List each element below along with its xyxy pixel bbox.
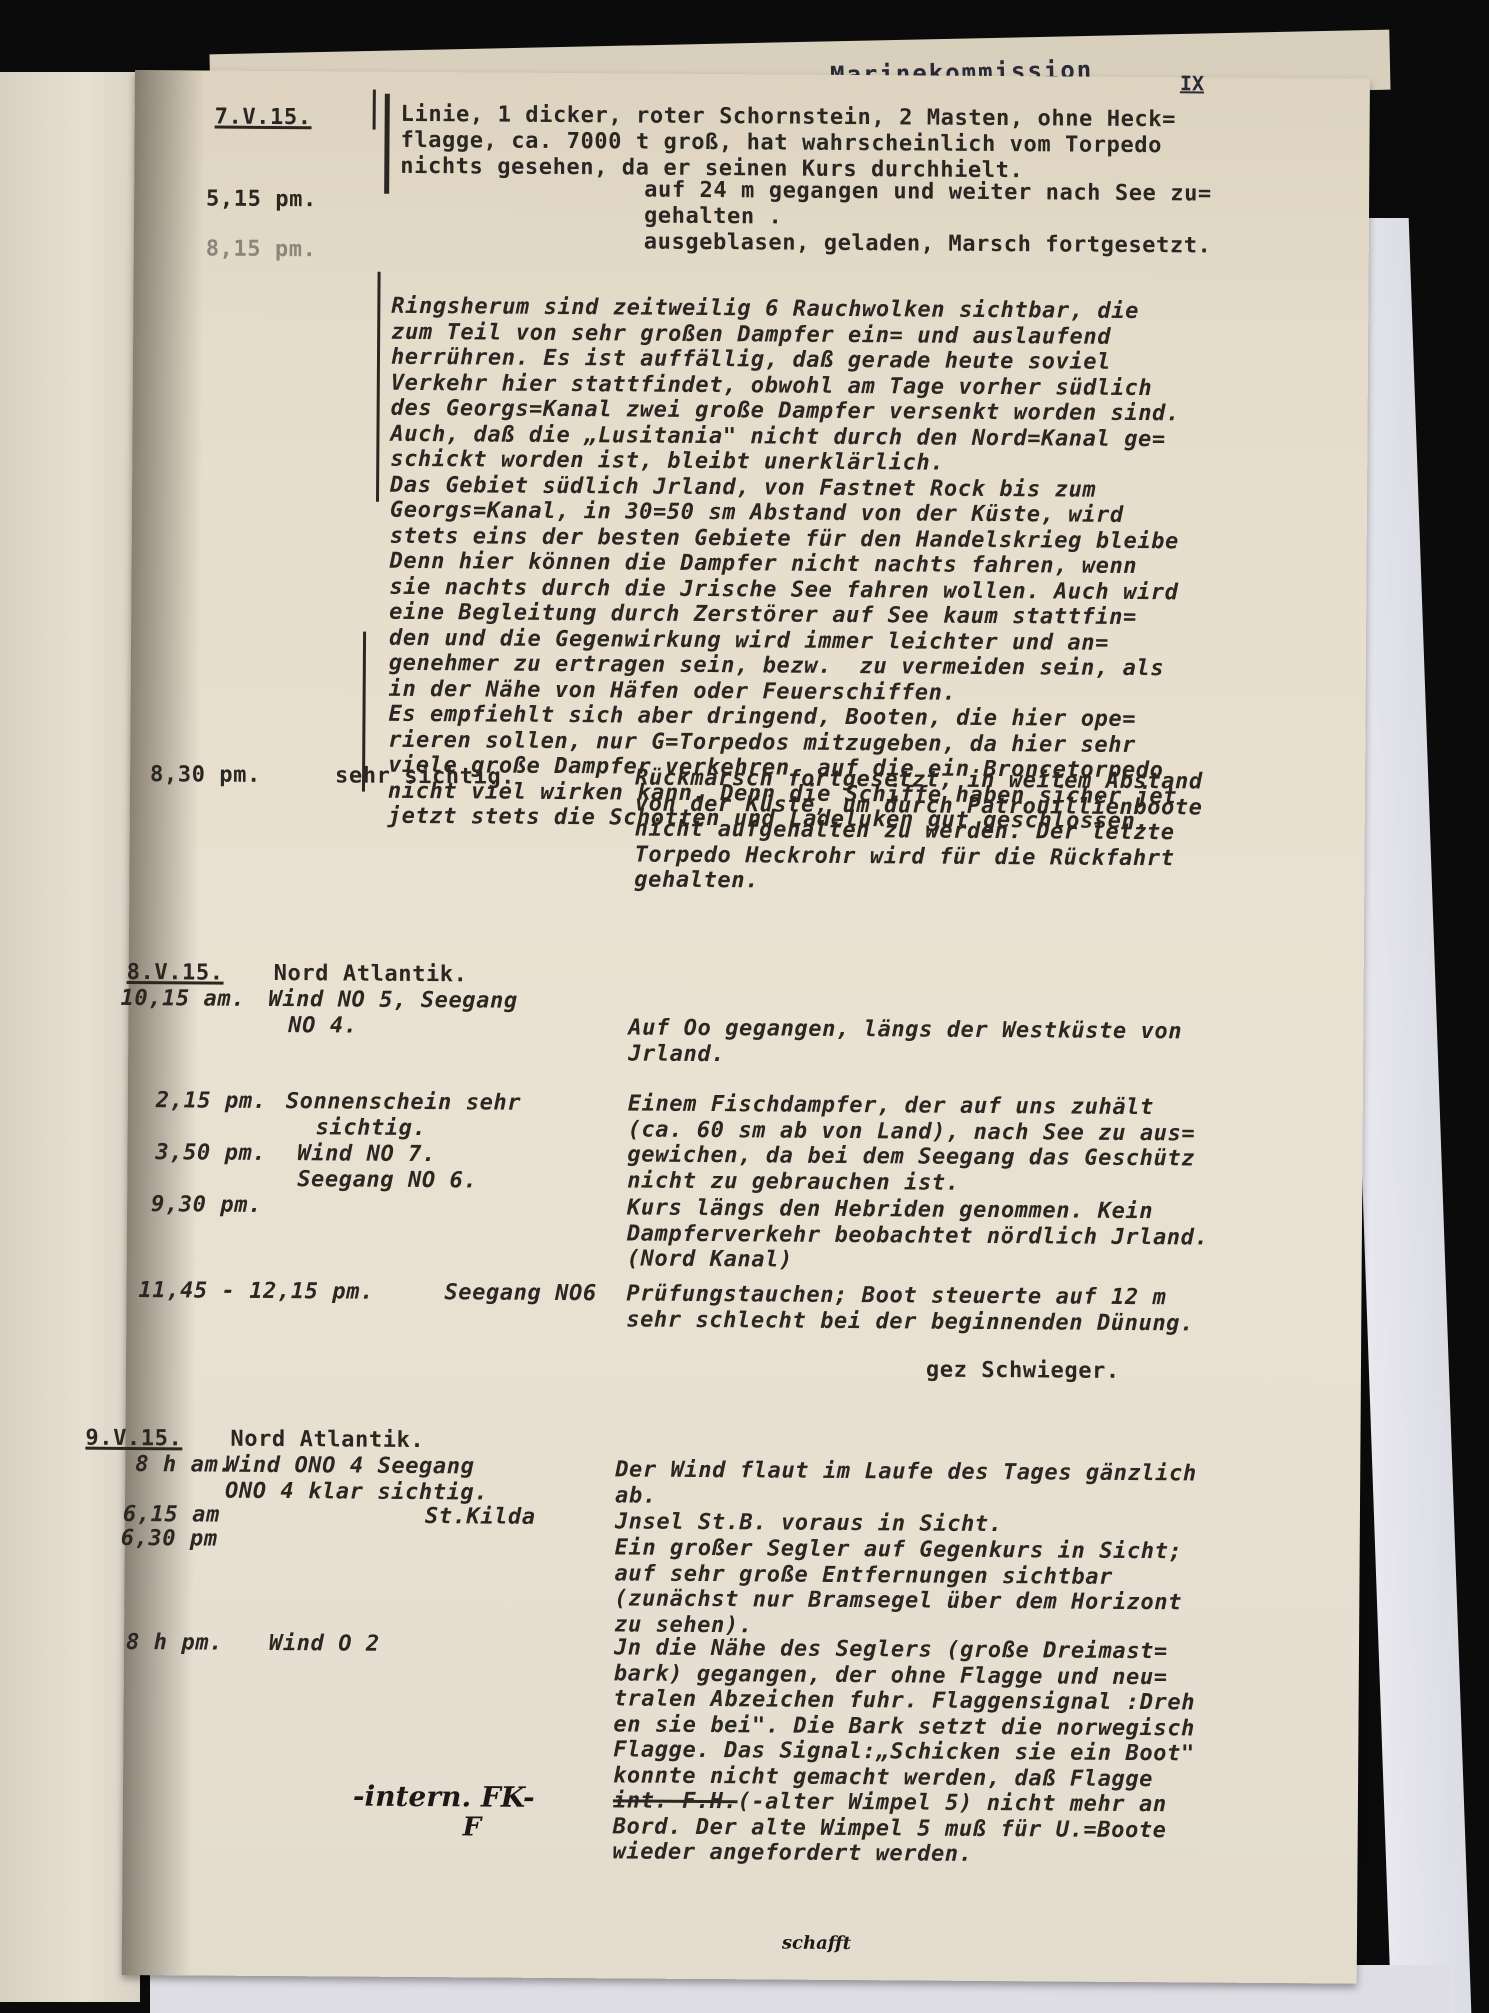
weather-label: Wind NO 7. bbox=[297, 1141, 436, 1167]
time-label: 8 h am. bbox=[135, 1452, 232, 1478]
handwritten-mark: F bbox=[463, 1812, 482, 1842]
log-text-line: gehalten . bbox=[644, 204, 783, 230]
log-text-line: auf sehr große Entfernungen sichtbar bbox=[614, 1561, 1113, 1590]
log-text-line: Jrland. bbox=[628, 1041, 725, 1067]
time-label: 10,15 am. bbox=[120, 986, 245, 1012]
weather-label: Wind O 2 bbox=[269, 1631, 380, 1657]
time-label: 3,50 pm. bbox=[155, 1140, 266, 1166]
time-label: 6,15 am bbox=[123, 1502, 220, 1528]
log-text-line: Der Wind flaut im Laufe des Tages gänzli… bbox=[615, 1457, 1197, 1487]
log-text-line: bark) gegangen, der ohne Flagge und neu= bbox=[614, 1661, 1168, 1690]
struck-text: int. F.H. bbox=[613, 1788, 738, 1814]
log-text-line: (ca. 60 sm ab von Land), nach See zu aus… bbox=[628, 1117, 1196, 1146]
weather-label: ONO 4 klar sichtig. bbox=[225, 1478, 488, 1505]
log-text-line: von der Küste, um durch Patrouillienboot… bbox=[635, 791, 1203, 820]
weather-label: Seegang NO 6. bbox=[297, 1167, 477, 1194]
page-number-mark: IX bbox=[1180, 71, 1204, 95]
weather-label: sichtig. bbox=[316, 1115, 427, 1141]
weather-label: St.Kilda bbox=[425, 1504, 536, 1530]
log-text-line: ab. bbox=[615, 1483, 657, 1509]
signature: gez Schwieger. bbox=[926, 1358, 1120, 1385]
log-text-line: wieder angefordert werden. bbox=[612, 1839, 972, 1867]
log-text-line: (Nord Kanal) bbox=[627, 1246, 793, 1273]
log-text-line: gehalten. bbox=[634, 868, 759, 894]
entry-date: 8.V.15. bbox=[127, 960, 224, 986]
log-text-line: Torpedo Heckrohr wird für die Rückfahrt bbox=[634, 842, 1174, 871]
log-text-line: nicht zu gebrauchen ist. bbox=[627, 1168, 959, 1196]
log-text-line: int. F.H.(-alter Wimpel 5) nicht mehr an bbox=[613, 1788, 1167, 1817]
log-text-line: ausgeblasen, geladen, Marsch fortgesetzt… bbox=[644, 230, 1212, 259]
entry-date: 7.V.15. bbox=[215, 105, 312, 131]
log-text-line: Einem Fischdampfer, der auf uns zuhält bbox=[628, 1091, 1154, 1120]
log-text-line: Prüfungstauchen; Boot steuerte auf 12 m bbox=[626, 1281, 1166, 1310]
location-label: Nord Atlantik. bbox=[230, 1427, 424, 1454]
time-label: 9,30 pm. bbox=[151, 1192, 262, 1218]
time-label: 8,30 pm. bbox=[150, 762, 261, 788]
margin-line bbox=[373, 90, 376, 130]
log-text-line: nicht aufgehalten zu werden. Der letzte bbox=[635, 817, 1175, 846]
paragraph-line: in der Nähe von Häfen oder Feuerschiffen… bbox=[389, 676, 957, 705]
log-text-line: sehr schlecht bei der beginnenden Dünung… bbox=[626, 1307, 1194, 1336]
weather-label: Wind NO 5, Seegang bbox=[268, 987, 517, 1014]
time-label: 6,30 pm bbox=[121, 1526, 218, 1552]
time-label: 11,45 - 12,15 pm. bbox=[138, 1278, 374, 1305]
log-text-line: Bord. Der alte Wimpel 5 muß für U.=Boote bbox=[613, 1814, 1167, 1843]
log-text-line: Kurs längs den Hebriden genommen. Kein bbox=[627, 1195, 1153, 1224]
margin-line bbox=[384, 94, 390, 194]
weather-label: Sonnenschein sehr bbox=[286, 1089, 522, 1116]
location-label: Nord Atlantik. bbox=[274, 961, 468, 988]
log-text-line: konnte nicht gemacht werden, daß Flagge bbox=[613, 1763, 1153, 1792]
handwritten-margin-note: -intern. FK- bbox=[353, 1780, 535, 1814]
log-text-line: zu sehen). bbox=[614, 1612, 753, 1638]
log-text-line: Jnsel St.B. voraus in Sicht. bbox=[615, 1509, 1003, 1537]
entry-date: 9.V.15. bbox=[85, 1426, 182, 1452]
handwritten-correction: schafft bbox=[782, 1933, 851, 1954]
weather-label: Seegang NO6 bbox=[444, 1280, 596, 1307]
paragraph-line: schickt worden ist, bleibt unerklärlich. bbox=[390, 447, 944, 476]
time-label: 5,15 pm. bbox=[206, 186, 317, 212]
log-text-line: Jn die Nähe des Seglers (große Dreimast= bbox=[614, 1635, 1168, 1664]
log-text-line: Ein großer Segler auf Gegenkurs in Sicht… bbox=[615, 1535, 1183, 1564]
time-label: 8 h pm. bbox=[126, 1630, 223, 1656]
time-label: 2,15 pm. bbox=[156, 1088, 267, 1114]
weather-label: Wind ONO 4 Seegang bbox=[225, 1453, 474, 1480]
weather-label: NO 4. bbox=[288, 1013, 357, 1039]
folder-left-page bbox=[0, 72, 140, 2002]
log-text-line: (zunächst nur Bramsegel über dem Horizon… bbox=[614, 1586, 1182, 1615]
margin-line bbox=[376, 272, 381, 502]
typewritten-log-page: IX 7.V.15. Linie, 1 dicker, roter Schorn… bbox=[122, 70, 1370, 1984]
log-text-line: Auf Oo gegangen, längs der Westküste von bbox=[628, 1015, 1182, 1044]
log-text-line: Rückmarsch fortgesetzt, in weitem Abstan… bbox=[635, 766, 1203, 795]
time-label: 8,15 pm. bbox=[206, 236, 317, 262]
log-text-line: gewichen, da bei dem Seegang das Geschüt… bbox=[627, 1142, 1195, 1171]
log-text-line: auf 24 m gegangen und weiter nach See zu… bbox=[644, 178, 1212, 207]
